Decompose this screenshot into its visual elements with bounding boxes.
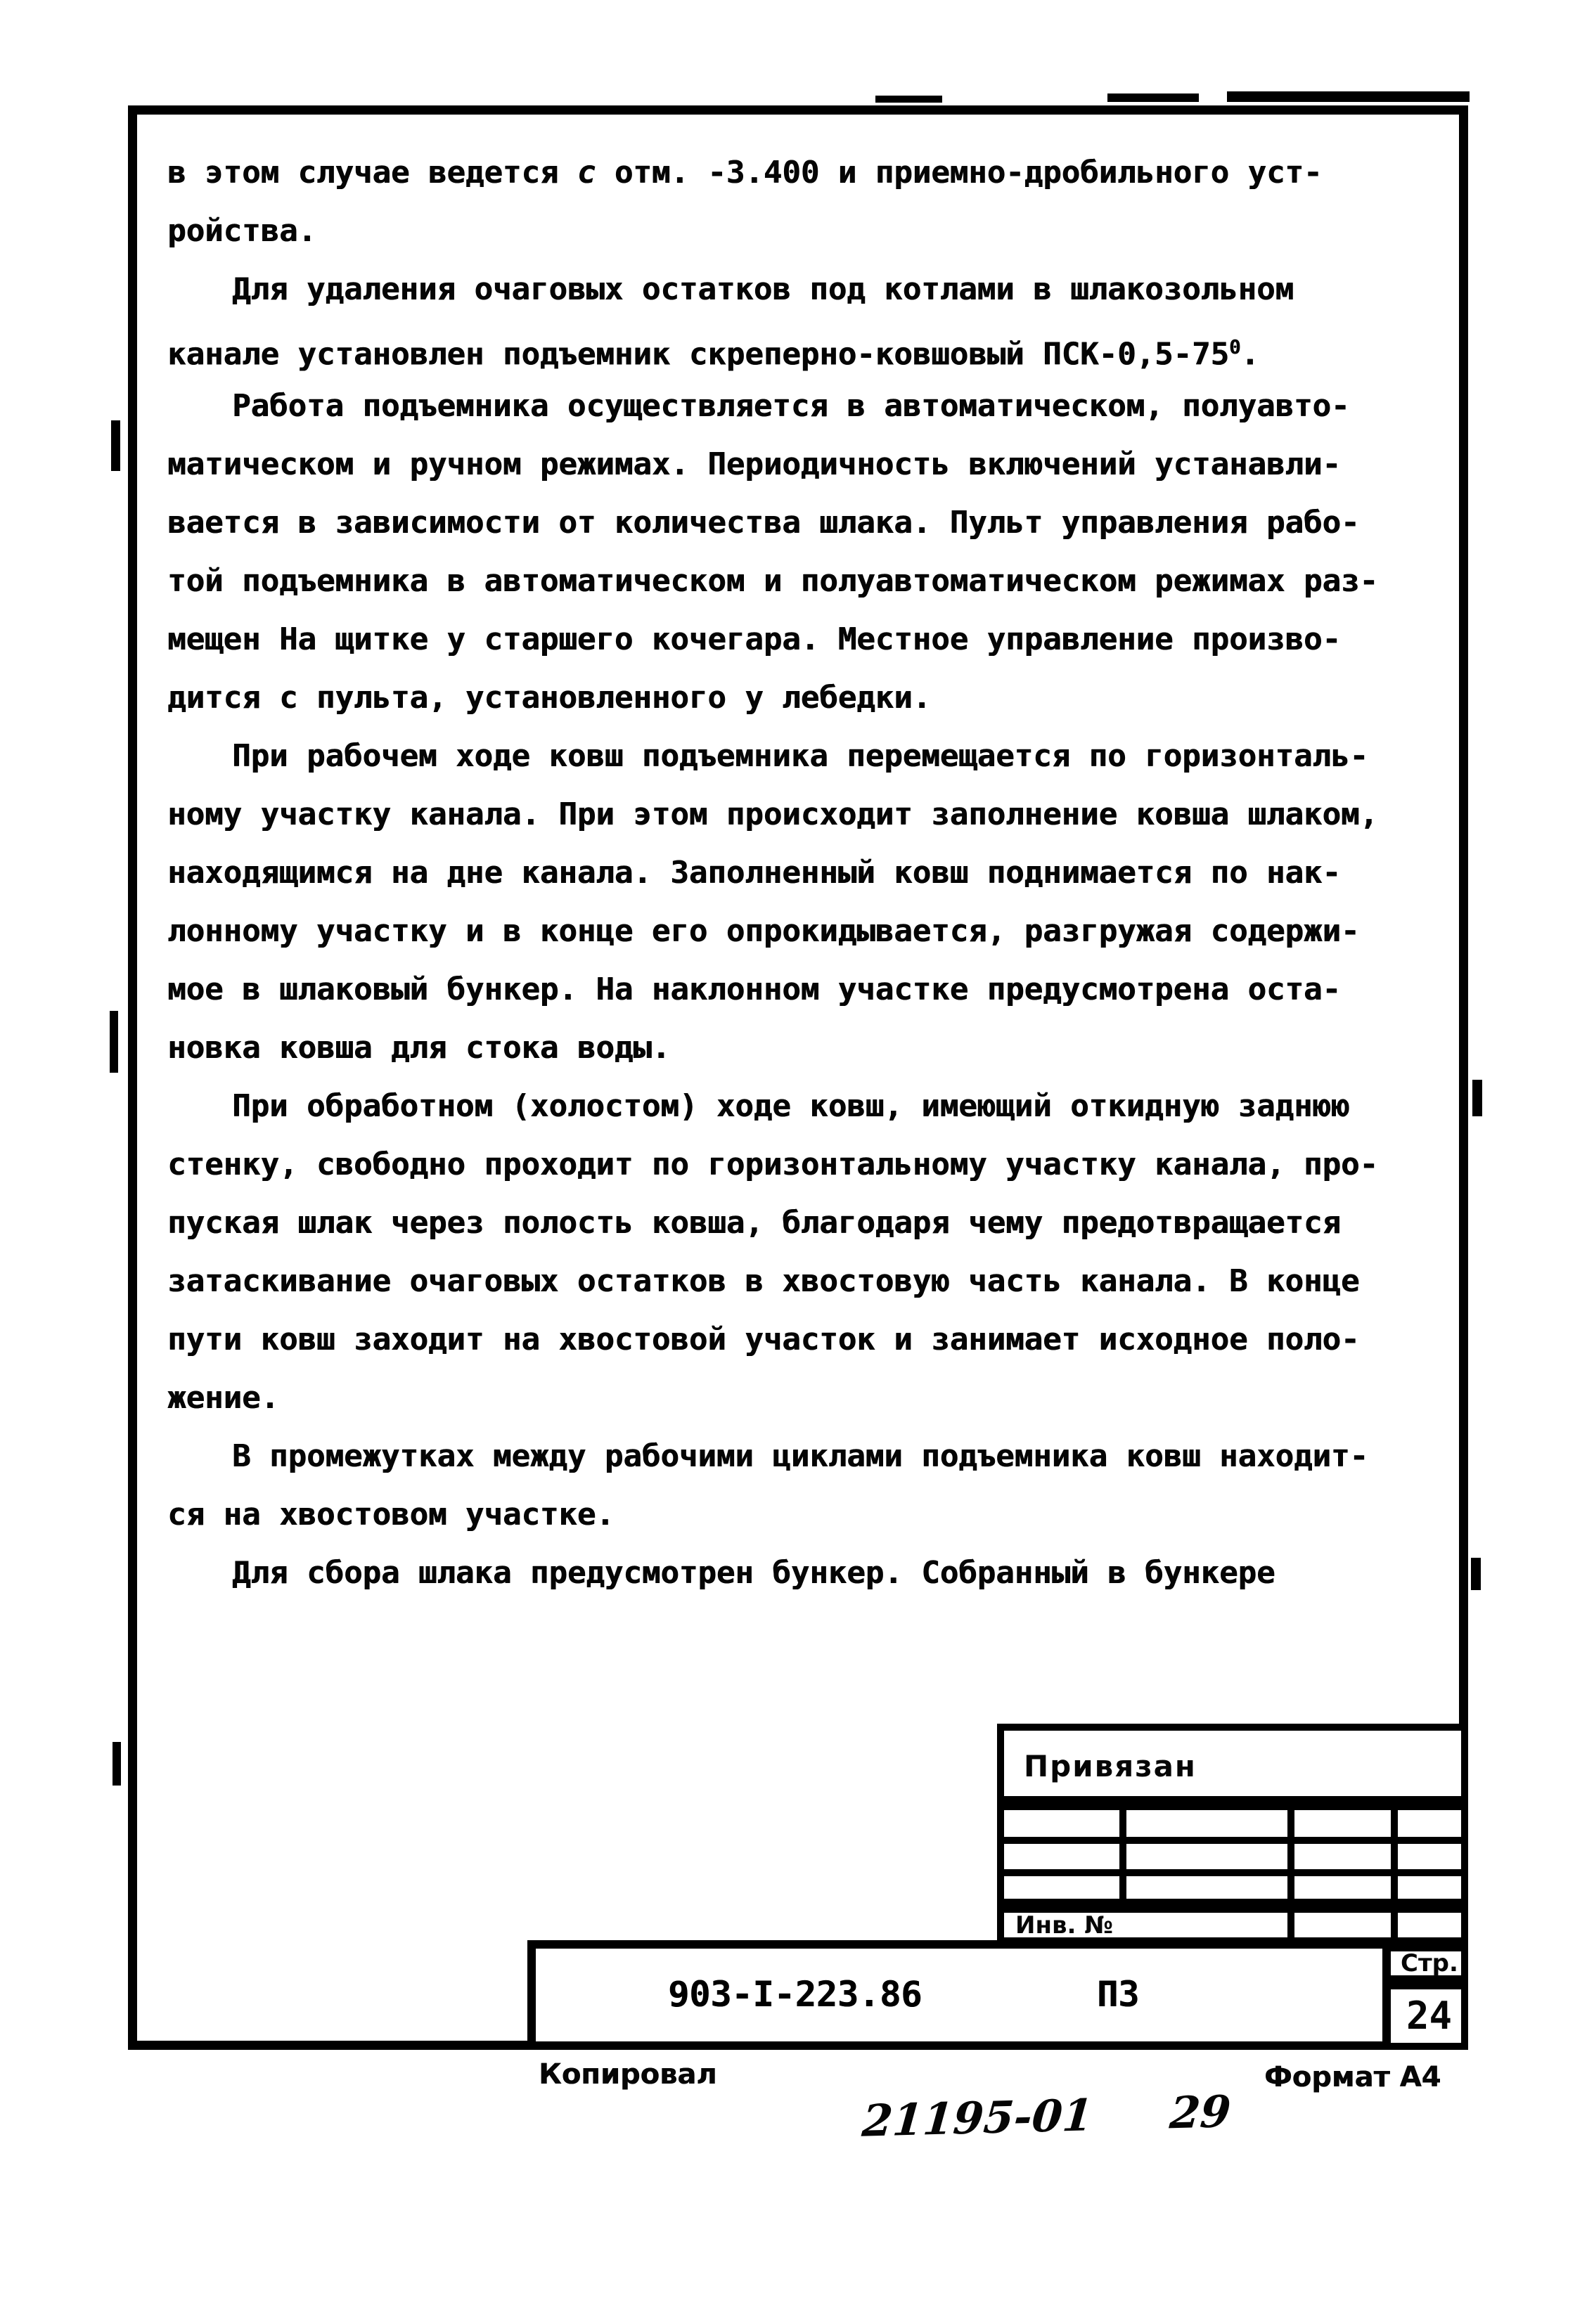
text-line: ся на хвостовом участке. (167, 1485, 1433, 1544)
text-line: дится с пульта, установленного у лебедки… (167, 669, 1433, 727)
text-line: мещен На щитке у старшего кочегара. Мест… (167, 610, 1433, 669)
title-block-grid (997, 1803, 1468, 1906)
format-label: Формат А4 (1264, 2061, 1441, 2093)
text-line: вается в зависимости от количества шлака… (167, 493, 1433, 552)
text-line: пути ковш заходит на хвостовой участок и… (167, 1310, 1433, 1369)
text-line: При обработном (холостом) ходе ковш, име… (167, 1077, 1433, 1135)
italic-letter: с (577, 155, 596, 191)
typewritten-text: в этом случае ведется с отм. -3.400 и пр… (167, 143, 1433, 1602)
text-line: матическом и ручном режимах. Периодичнос… (167, 435, 1433, 493)
scanned-page: в этом случае ведется с отм. -3.400 и пр… (0, 0, 1594, 2324)
text-line: Работа подъемника осуществляется в автом… (167, 377, 1433, 435)
scan-artifact (1472, 1080, 1482, 1116)
page-number: 24 (1406, 1994, 1452, 2038)
text-line: в этом случае ведется с отм. -3.400 и пр… (167, 143, 1433, 202)
text-line: Для удаления очаговых остатков под котла… (167, 260, 1433, 318)
scan-artifact (875, 96, 942, 103)
text-line: канале установлен подъемник скреперно-ко… (167, 318, 1433, 377)
scan-artifact (111, 420, 120, 471)
handwritten-page: 29 (1168, 2086, 1233, 2138)
document-type: ПЗ (1097, 1974, 1139, 2015)
scan-artifact (1107, 93, 1199, 102)
document-number: 903-I-223.86 (668, 1974, 922, 2015)
scan-artifact (1227, 91, 1470, 102)
title-block-document-box: 903-I-223.86 ПЗ (527, 1940, 1391, 2050)
text-line: пуская шлак через полость ковша, благода… (167, 1194, 1433, 1252)
text-line: жение. (167, 1369, 1433, 1427)
text-line: Для сбора шлака предусмотрен бункер. Соб… (167, 1544, 1433, 1602)
title-block-binding-cell: Привязан (997, 1724, 1468, 1803)
inventory-number-label: Инв. № (1015, 1911, 1113, 1939)
copied-by-label: Копировал (539, 2058, 717, 2091)
binding-label: Привязан (1024, 1749, 1197, 1783)
page-number-cell: 24 (1384, 1982, 1468, 2050)
text-line: затаскивание очаговых остатков в хвостов… (167, 1252, 1433, 1310)
handwritten-number: 21195-01 (861, 2089, 1095, 2147)
text-line: В промежутках между рабочими циклами под… (167, 1427, 1433, 1485)
scan-artifact (110, 1011, 118, 1073)
text-line: При рабочем ходе ковш подъемника перемещ… (167, 727, 1433, 785)
scan-artifact (113, 1742, 121, 1786)
text-line: ному участку канала. При этом происходит… (167, 785, 1433, 844)
title-block-inventory-row: Инв. № (997, 1906, 1468, 1944)
text-line: стенку, свободно проходит по горизонталь… (167, 1135, 1433, 1194)
page-label-cell: Стр. (1384, 1944, 1468, 1982)
text-line: новка ковша для стока воды. (167, 1019, 1433, 1077)
text-line: находящимся на дне канала. Заполненный к… (167, 844, 1433, 902)
text-line: лонному участку и в конце его опрокидыва… (167, 902, 1433, 960)
page-label: Стр. (1401, 1949, 1458, 1977)
text-line: той подъемника в автоматическом и полуав… (167, 552, 1433, 610)
handwritten-inventory-number: 21195-0129 (795, 2034, 1236, 2200)
superscript-zero: 0 (1229, 337, 1240, 359)
text-line: ройства. (167, 202, 1433, 260)
scan-artifact (1471, 1558, 1481, 1590)
text-line: мое в шлаковый бункер. На наклонном учас… (167, 960, 1433, 1019)
